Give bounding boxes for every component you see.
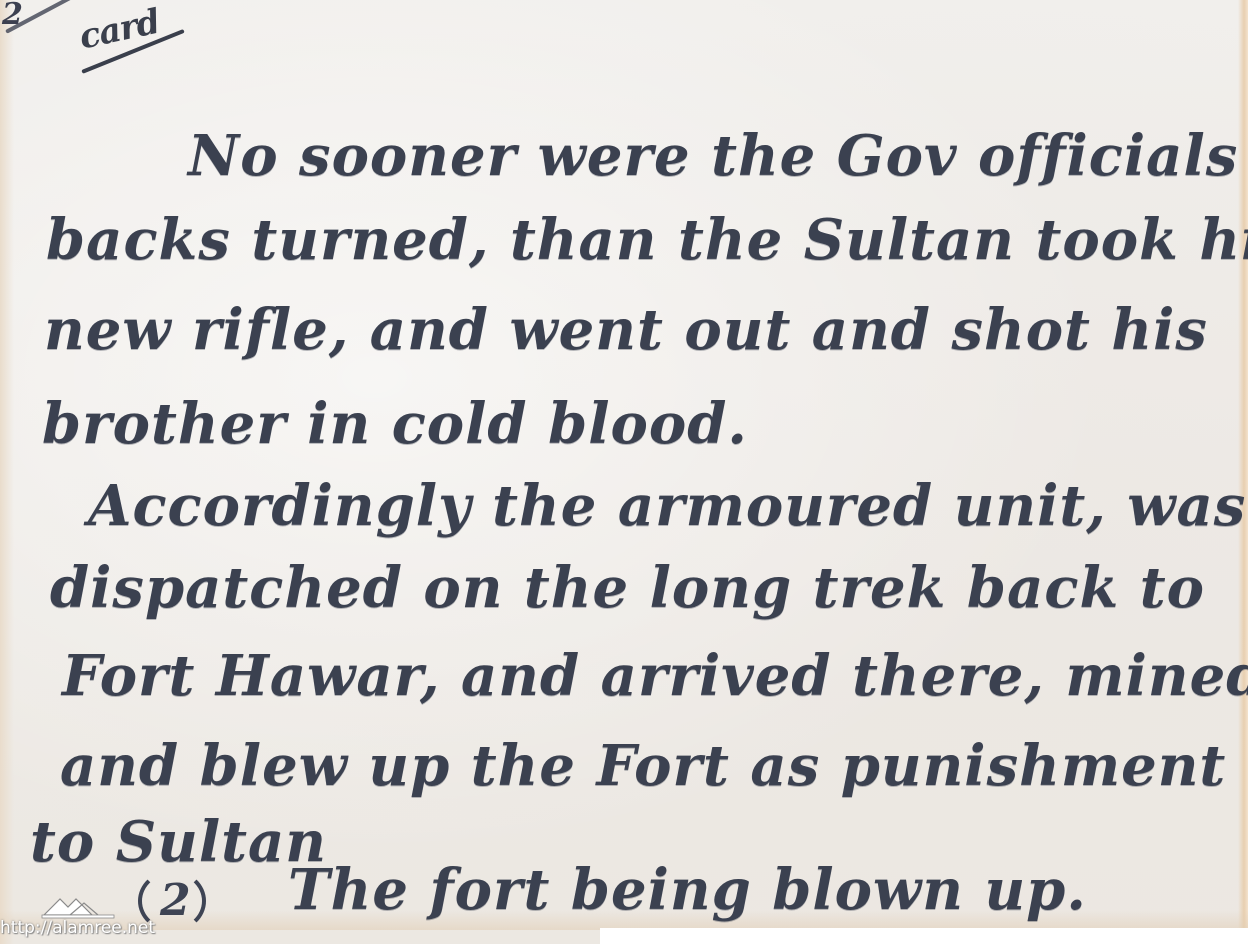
- handwritten-line-1: No sooner were the Gov officials: [188, 128, 1238, 184]
- handwritten-line-4: brother in cold blood.: [42, 396, 748, 452]
- handwritten-line-6: dispatched on the long trek back to: [50, 560, 1205, 616]
- watermark-url: http://alamree.net: [0, 918, 155, 938]
- paper-edge-right: [1238, 0, 1248, 944]
- handwritten-line-8: and blew up the Fort as punishment to: [60, 738, 1248, 794]
- scan-border-strip: [600, 928, 1248, 944]
- handwritten-line-3: new rifle, and went out and shot his: [44, 302, 1208, 358]
- handwritten-card: 2 card No sooner were the Gov officials …: [0, 0, 1248, 944]
- handwritten-line-10: The fort being blown up.: [288, 862, 1087, 918]
- handwritten-line-2: backs turned, than the Sultan took his: [46, 212, 1248, 268]
- handwritten-line-9: to Sultan: [30, 814, 327, 870]
- page-number: 2: [160, 875, 191, 926]
- handwritten-line-7: Fort Hawar, and arrived there, mined: [62, 648, 1248, 704]
- paper-edge-left: [0, 0, 14, 944]
- card-label: card: [76, 2, 163, 58]
- handwritten-line-5: Accordingly the armoured unit, was: [88, 478, 1246, 534]
- watermark-logo-icon: [40, 893, 116, 919]
